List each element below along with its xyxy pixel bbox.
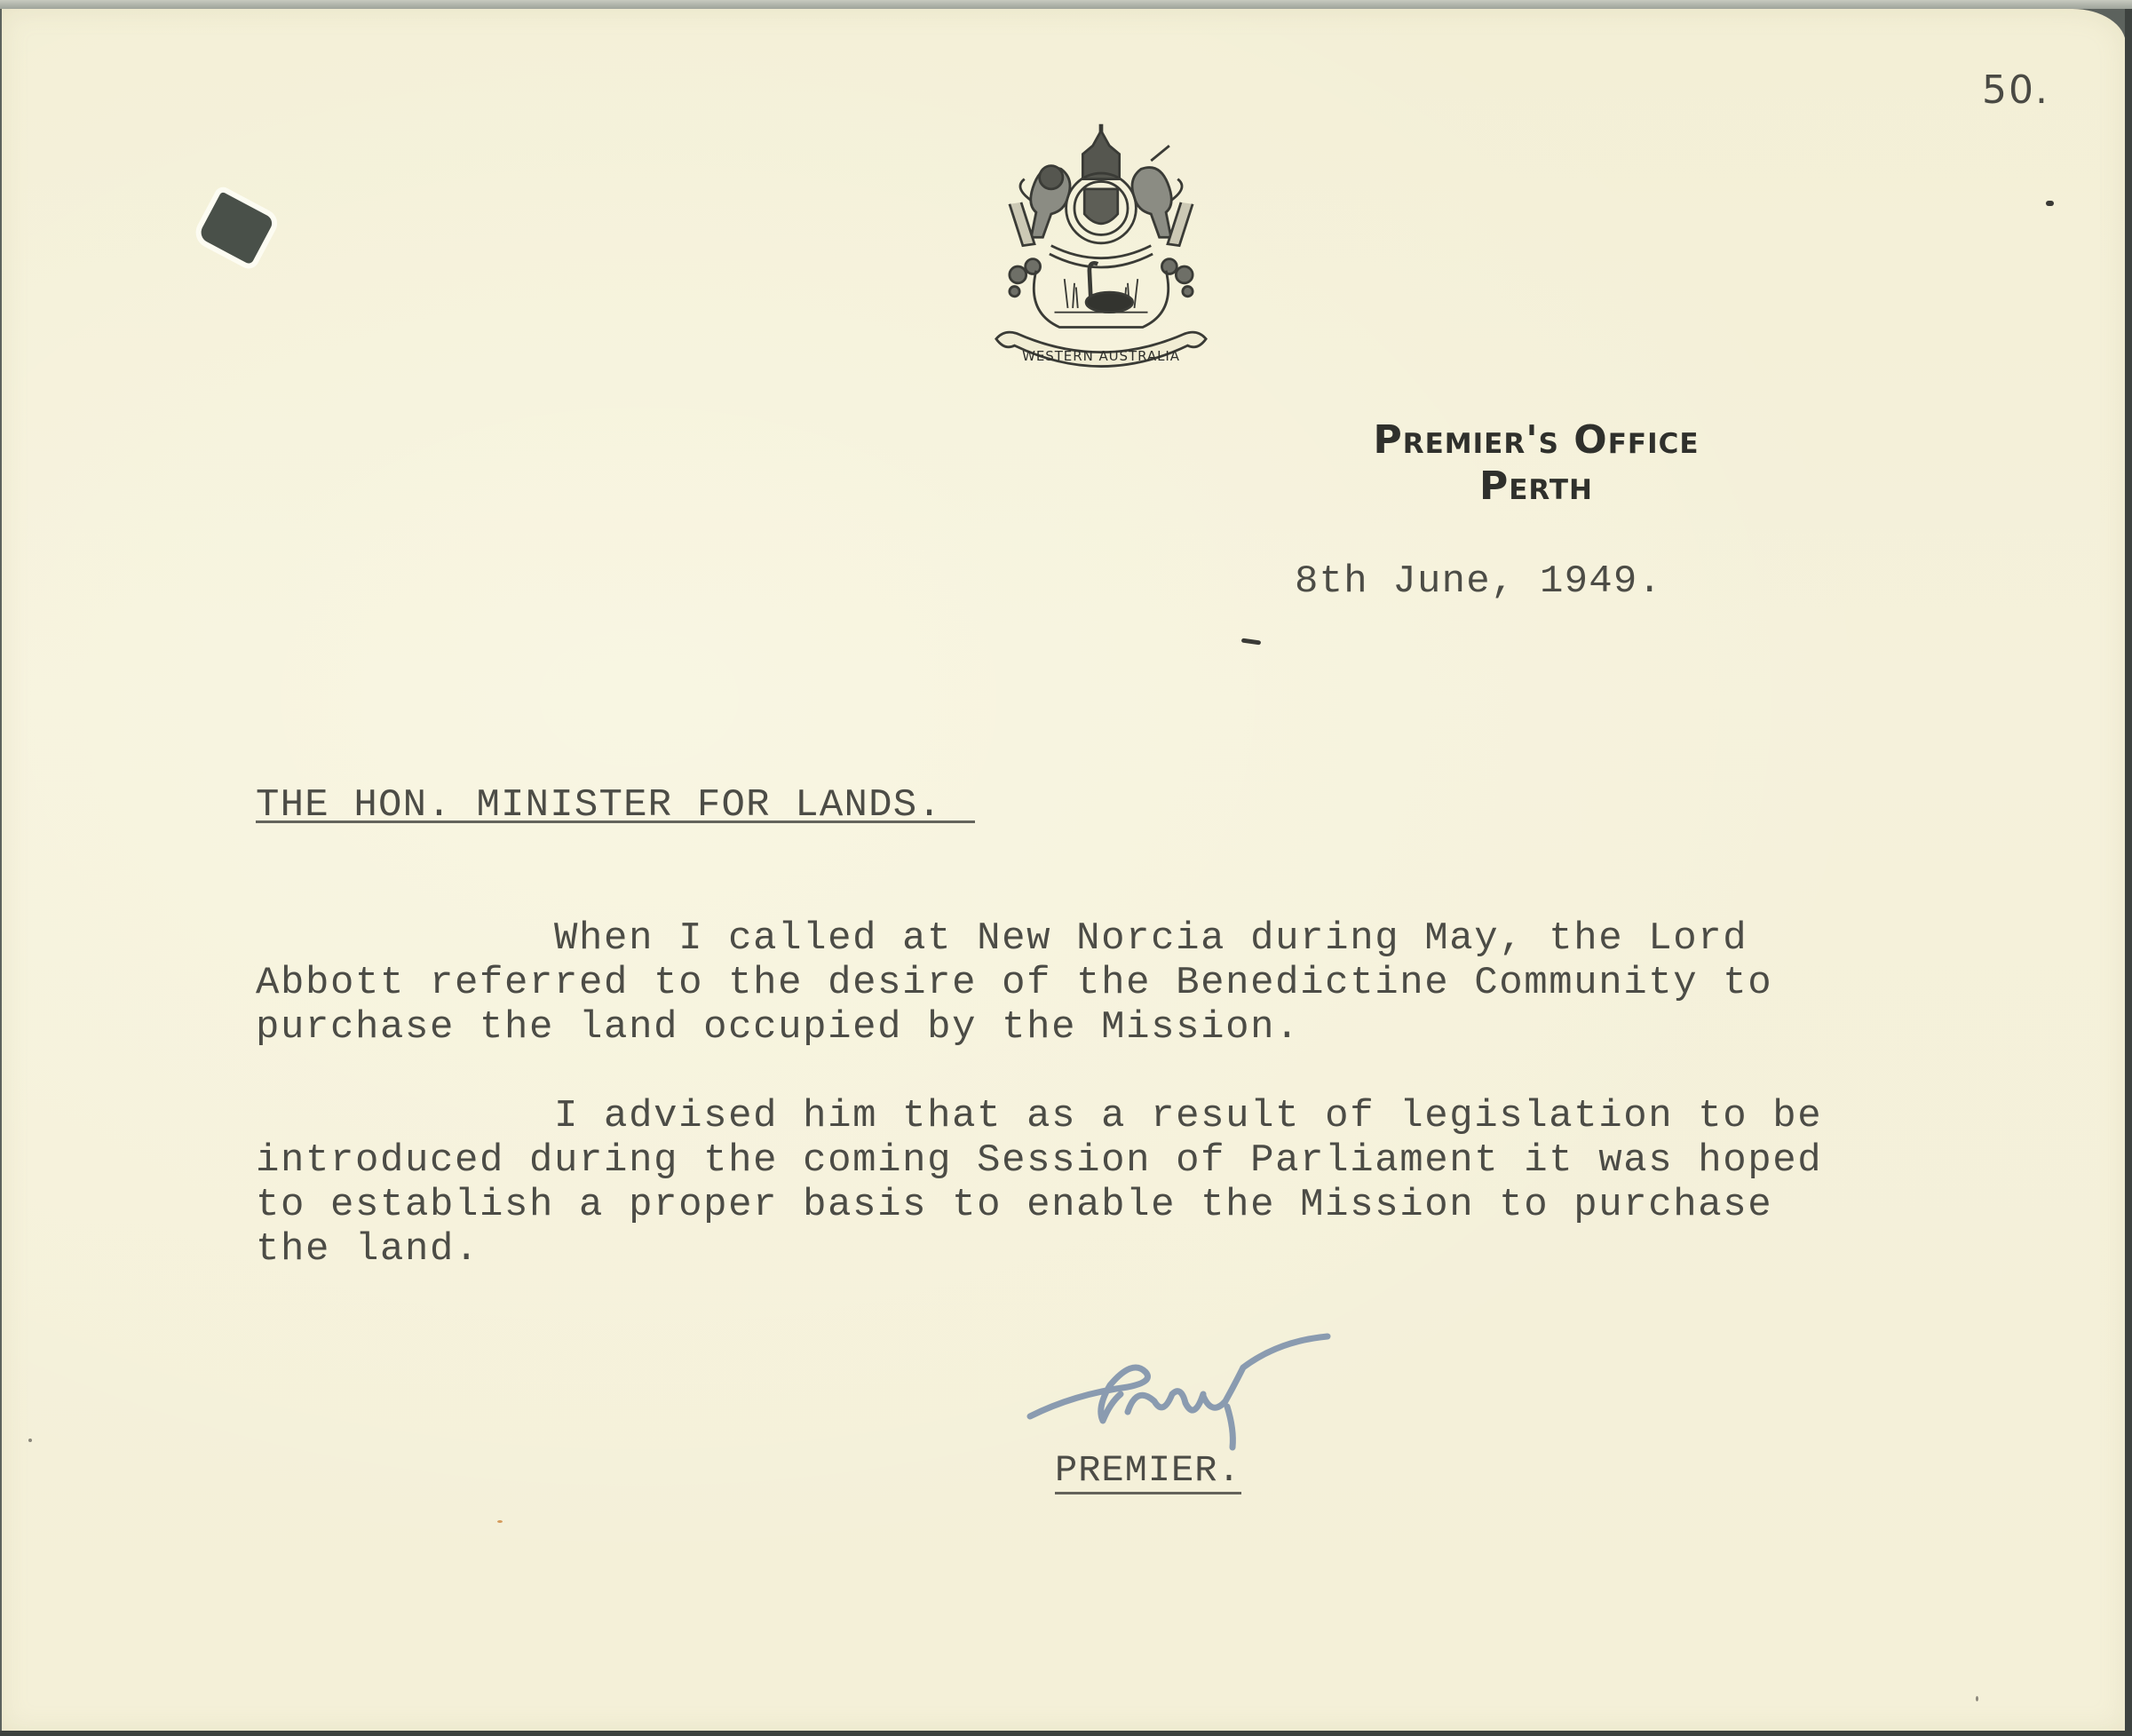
- paragraph-line: I advised him that as a result of legisl…: [256, 1094, 1822, 1138]
- handwritten-signature: [1021, 1332, 1376, 1456]
- paragraph-1: When I called at New Norcia during May, …: [256, 916, 1772, 1050]
- scan-top-edge: [0, 0, 2132, 9]
- paragraph-line: the land.: [256, 1227, 1822, 1272]
- paragraph-line: introduced during the coming Session of …: [256, 1138, 1822, 1183]
- scan-mark: [497, 1520, 503, 1523]
- folio-number: 50.: [1982, 67, 2049, 113]
- signatory-title: PREMIER.: [1055, 1449, 1241, 1492]
- letterhead: Premier's Office Perth: [1314, 417, 1758, 510]
- letterhead-office: Premier's Office: [1314, 417, 1758, 464]
- paragraph-line: purchase the land occupied by the Missio…: [256, 1005, 1772, 1050]
- scan-bottom-edge: [0, 1731, 2132, 1736]
- letter-date: 8th June, 1949.: [1295, 559, 1662, 604]
- addressee-underline: [256, 820, 975, 823]
- scanned-page: 50.: [0, 0, 2132, 1736]
- coat-of-arms-western-australia-icon: WESTERN AUSTRALIA: [984, 121, 1218, 387]
- scan-right-edge: [2125, 9, 2132, 1736]
- svg-text:WESTERN AUSTRALIA: WESTERN AUSTRALIA: [1022, 348, 1180, 364]
- paragraph-line: to establish a proper basis to enable th…: [256, 1183, 1822, 1227]
- signatory-underline: [1055, 1492, 1241, 1494]
- paragraph-line: When I called at New Norcia during May, …: [256, 916, 1772, 961]
- paragraph-2: I advised him that as a result of legisl…: [256, 1094, 1822, 1272]
- letterhead-city: Perth: [1314, 464, 1758, 510]
- scan-mark: [1976, 1696, 1978, 1701]
- ink-speck: [2046, 201, 2054, 206]
- scan-mark: [28, 1439, 32, 1442]
- paragraph-line: Abbott referred to the desire of the Ben…: [256, 961, 1772, 1005]
